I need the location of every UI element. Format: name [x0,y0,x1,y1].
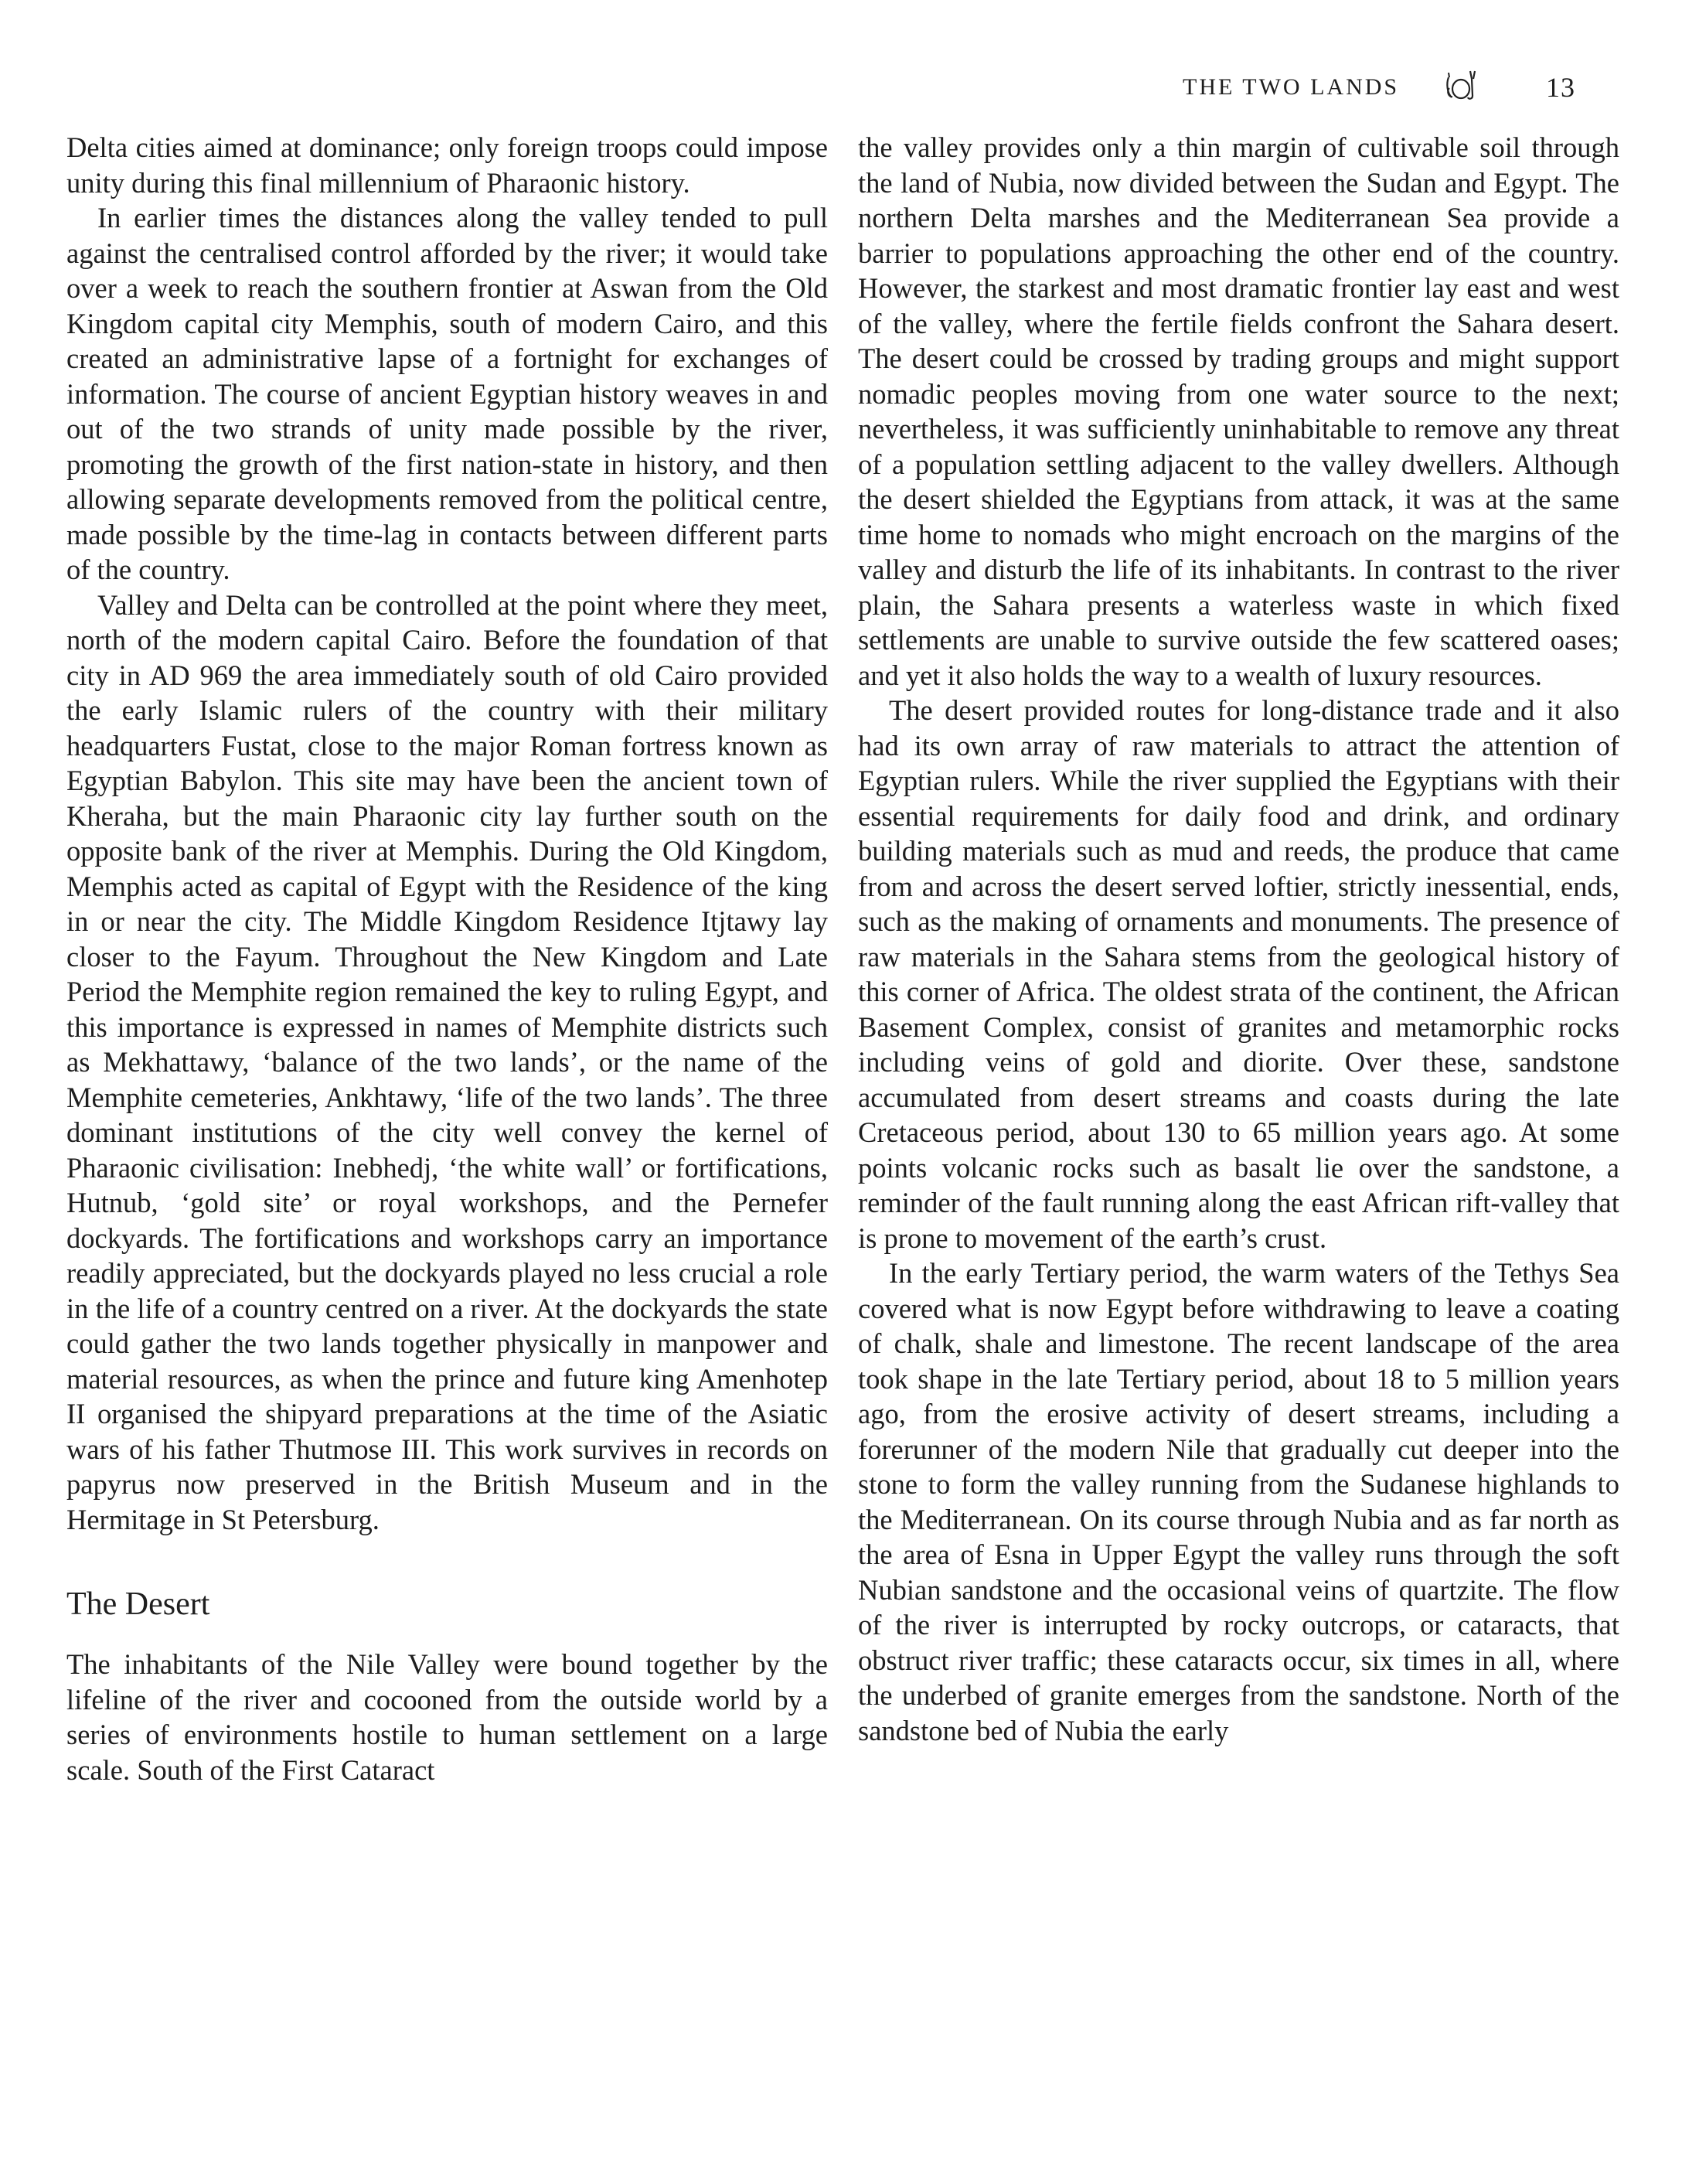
paragraph: Valley and Delta can be controlled at th… [66,588,828,1538]
paragraph: Delta cities aimed at dominance; only fo… [66,130,828,200]
section-heading: The Desert [66,1585,828,1624]
page-number: 13 [1546,71,1575,104]
paragraph: The inhabitants of the Nile Valley were … [66,1647,828,1787]
paragraph: The desert provided routes for long-dist… [858,693,1619,1256]
paragraph: In earlier times the distances along the… [66,200,828,588]
left-column: Delta cities aimed at dominance; only fo… [66,130,828,1787]
hieroglyph-ornament-icon [1442,68,1480,102]
running-header: THE TWO LANDS 13 [1183,68,1592,107]
right-column: the valley provides only a thin margin o… [858,130,1619,1748]
paragraph: the valley provides only a thin margin o… [858,130,1619,693]
running-title: THE TWO LANDS [1183,74,1399,101]
paragraph: In the early Tertiary period, the warm w… [858,1256,1619,1748]
